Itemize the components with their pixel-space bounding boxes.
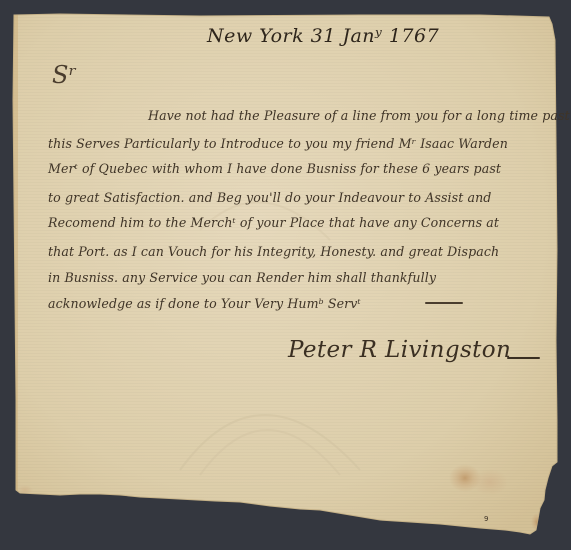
letter-salutation: Sʳ — [52, 63, 77, 87]
letter-body-line-7: in Busniss. any Service you can Render h… — [48, 272, 436, 285]
letter-body-line-8: acknowledge as if done to Your Very Humᵇ… — [48, 298, 361, 311]
signature-flourish-line — [507, 357, 540, 359]
letter-body-line-2: this Serves Particularly to Introduce to… — [48, 138, 508, 151]
letter-body-line-1: Have not had the Pleasure of a line from… — [148, 110, 570, 123]
letter-body-line-4: to great Satisfaction. and Beg you'll do… — [48, 192, 491, 205]
letter-signature: Peter R Livingston — [288, 339, 511, 362]
letter-body-line-5: Recomend him to the Merchᵗ of your Place… — [48, 217, 499, 230]
letter-dateline: New York 31 Janʸ 1767 — [207, 27, 439, 46]
scanned-letter: New York 31 Janʸ 1767 Sʳ Have not had th… — [0, 0, 571, 550]
folio-mark: 9 — [484, 515, 488, 523]
letter-body-line-3: Merᵗ of Quebec with whom I have done Bus… — [48, 163, 501, 176]
letter-body-line-6: that Port. as I can Vouch for his Integr… — [48, 246, 499, 259]
closing-flourish-line — [425, 302, 463, 304]
